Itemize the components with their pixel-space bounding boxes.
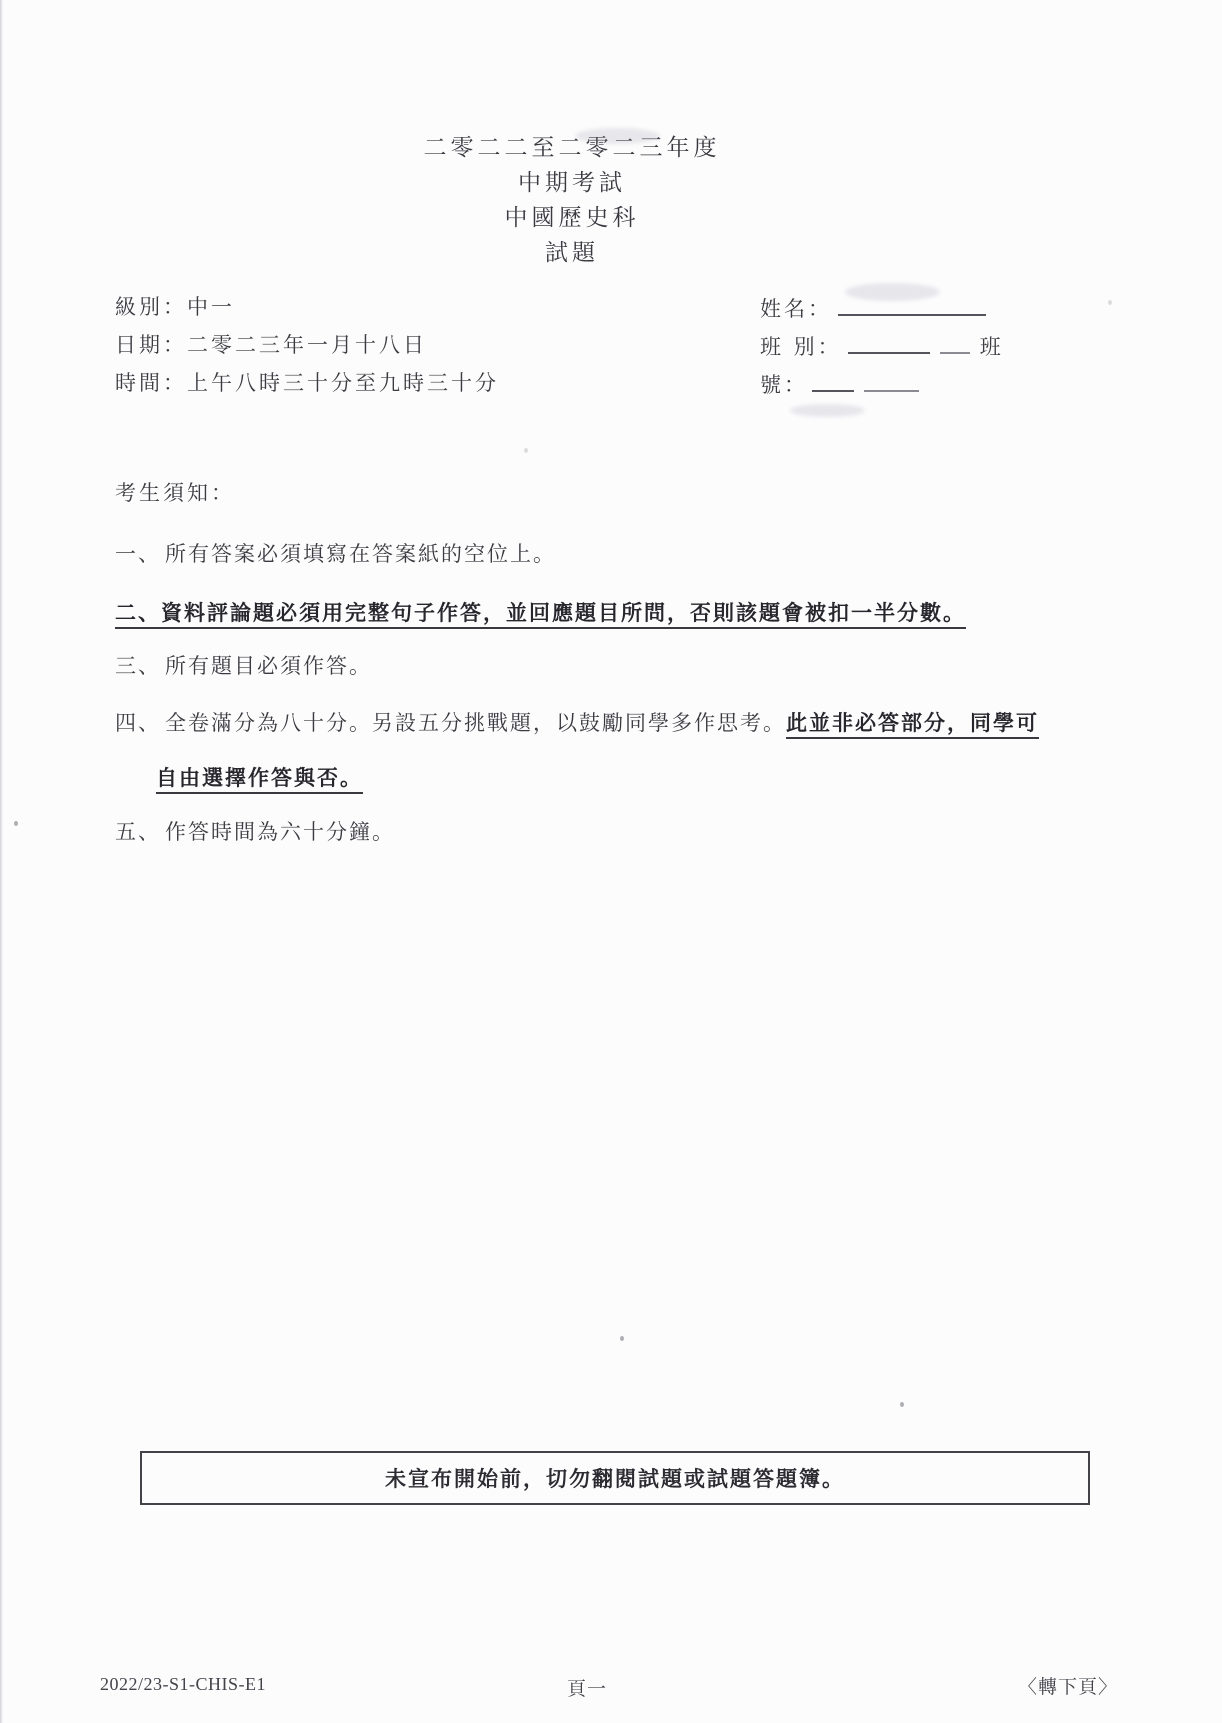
time-line: 時間：上午八時三十分至九時三十分	[115, 364, 499, 402]
number-field-row: 號：	[760, 366, 1004, 404]
instruction-5-marker: 五、	[115, 820, 161, 844]
instruction-item-5: 五、作答時間為六十分鐘。	[115, 816, 395, 846]
class-label: 班 別：	[760, 335, 842, 359]
scan-smudge-number-field	[790, 404, 865, 417]
instruction-2-marker: 二、	[115, 601, 161, 625]
class-field-row: 班 別：班	[760, 328, 1004, 366]
scan-speck-1	[620, 1336, 624, 1341]
warning-text: 未宣布開始前，切勿翻閱試題或試題答題簿。	[385, 1463, 845, 1493]
footer-turn-over-note: 〈轉下頁〉	[1018, 1672, 1118, 1699]
do-not-open-warning-box: 未宣布開始前，切勿翻閱試題或試題答題簿。	[140, 1451, 1090, 1505]
exam-paper-page: 二零二二至二零二三年度 中期考試 中國歷史科 試題 級別：中一 日期：二零二三年…	[0, 0, 1222, 1723]
number-blank-line-2	[864, 372, 919, 392]
title-subject: 中國歷史科	[0, 201, 1144, 236]
name-label: 姓名：	[760, 297, 832, 321]
scan-speck-4	[1108, 300, 1112, 305]
instructions-heading: 考生須知：	[115, 477, 235, 507]
instruction-4-emphasis: 此並非必答部分，同學可	[786, 711, 1039, 739]
class-blank-line-2	[940, 334, 970, 354]
instruction-item-4-line-2: 自由選擇作答與否。	[156, 762, 363, 792]
exam-info-left: 級別：中一 日期：二零二三年一月十八日 時間：上午八時三十分至九時三十分	[115, 288, 499, 402]
date-line: 日期：二零二三年一月十八日	[115, 326, 499, 364]
scan-smudge-name-field	[845, 283, 940, 301]
scan-speck-5	[524, 448, 528, 453]
instruction-4-text: 全卷滿分為八十分。另設五分挑戰題，以鼓勵同學多作思考。	[165, 711, 786, 735]
instruction-2-emphasis: 二、資料評論題必須用完整句子作答，並回應題目所問，否則該題會被扣一半分數。	[115, 601, 966, 629]
number-blank-line	[812, 372, 854, 392]
instruction-item-4-line-1: 四、全卷滿分為八十分。另設五分挑戰題，以鼓勵同學多作思考。此並非必答部分，同學可	[115, 707, 1039, 737]
class-blank-line	[848, 334, 930, 354]
scan-smudge-title	[575, 128, 660, 144]
grade-line: 級別：中一	[115, 288, 499, 326]
instruction-item-2: 二、資料評論題必須用完整句子作答，並回應題目所問，否則該題會被扣一半分數。	[115, 597, 966, 627]
instruction-3-text: 所有題目必須作答。	[165, 654, 372, 678]
instruction-3-marker: 三、	[115, 654, 161, 678]
title-paper: 試題	[0, 236, 1144, 271]
title-exam-type: 中期考試	[0, 166, 1144, 201]
instruction-4-emphasis-continued: 自由選擇作答與否。	[156, 766, 363, 794]
exam-title-block: 二零二二至二零二三年度 中期考試 中國歷史科 試題	[0, 131, 1144, 271]
instruction-item-1: 一、所有答案必須填寫在答案紙的空位上。	[115, 538, 556, 568]
student-info-fields: 姓名： 班 別：班 號：	[760, 290, 1004, 404]
instruction-1-text: 所有答案必須填寫在答案紙的空位上。	[165, 542, 556, 566]
scan-speck-2	[900, 1402, 904, 1407]
instruction-5-text: 作答時間為六十分鐘。	[165, 820, 395, 844]
instruction-1-marker: 一、	[115, 542, 161, 566]
title-year: 二零二二至二零二三年度	[0, 131, 1144, 166]
scan-speck-3	[14, 821, 18, 826]
instruction-item-3: 三、所有題目必須作答。	[115, 650, 372, 680]
number-label: 號：	[760, 373, 808, 397]
footer-page-number: 頁一	[0, 1674, 1174, 1701]
instruction-4-marker: 四、	[115, 711, 161, 735]
class-unit-label: 班	[980, 335, 1004, 359]
instruction-2-text: 資料評論題必須用完整句子作答，並回應題目所問，否則該題會被扣一半分數。	[161, 601, 966, 625]
